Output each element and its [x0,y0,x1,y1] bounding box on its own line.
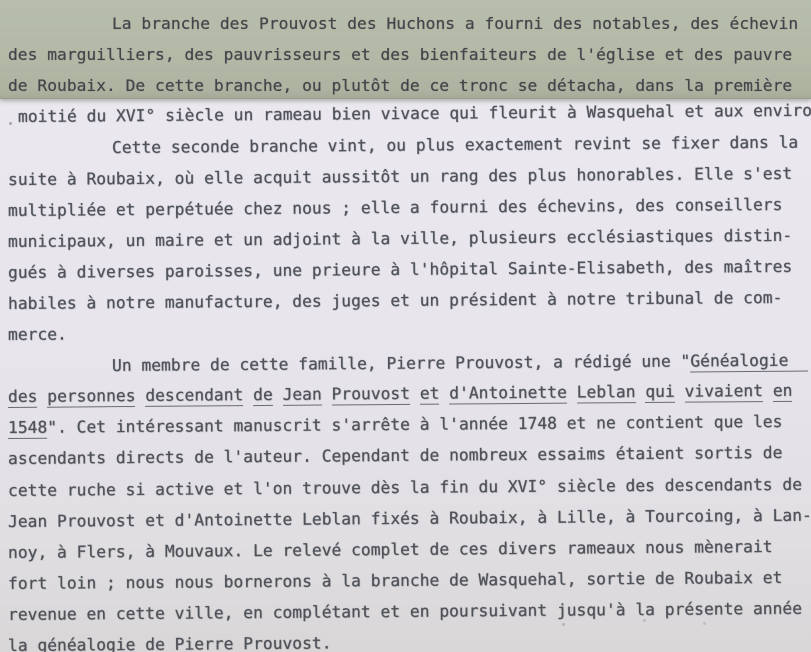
text-segment: Cette seconde branche vint, ou plus exac… [112,133,798,157]
text-segment [567,383,577,402]
text-segment: Jean Prouvost et d'Antoinette Leblan fix… [8,506,811,531]
underlined-text-segment: 1548 [8,418,47,439]
underlined-text-segment: Jean [282,385,321,406]
underlined-text-segment: qui [645,382,675,403]
scanned-document-page: La branche des Prouvost des Huchons a fo… [0,0,811,652]
text-segment: Un membre de cette famille, Pierre Prouv… [112,351,690,375]
scan-speck [703,622,706,625]
text-line: fort loin ; nous nous bornerons à la bra… [8,568,783,593]
text-segment [675,382,685,401]
text-line: suite à Roubaix, où elle acquit aussitôt… [8,164,792,189]
text-line: de Roubaix. De cette branche, ou plutôt … [8,76,792,95]
scan-speck [562,623,565,626]
text-segment: noy, à Flers, à Mouvaux. Le relevé compl… [8,537,773,562]
text-segment [322,384,332,403]
text-segment: habiles à notre manufacture, des juges e… [8,288,783,313]
underlined-text-segment: Prouvost [331,384,410,406]
text-segment: moitié du XVI° siècle un rameau bien viv… [18,101,811,126]
underlined-text-segment: et [420,384,440,405]
text-line: habiles à notre manufacture, des juges e… [8,288,783,313]
text-segment: suite à Roubaix, où elle acquit aussitôt… [8,164,792,189]
text-segment [763,381,773,400]
text-line: Un membre de cette famille, Pierre Prouv… [112,351,808,375]
text-line: La branche des Prouvost des Huchons a fo… [112,14,798,33]
typewritten-text: La branche des Prouvost des Huchons a fo… [0,0,811,652]
text-line: merce. [8,325,67,344]
text-segment [37,387,47,406]
text-line: des marguilliers, des pauvrisseurs et de… [8,45,792,64]
text-line: moitié du XVI° siècle un rameau bien viv… [18,101,811,126]
text-line: cette ruche si active et l'on trouve dès… [8,475,802,500]
text-segment: La branche des Prouvost des Huchons a fo… [112,14,798,33]
text-line: multipliée et perpétuée chez nous ; elle… [8,195,783,220]
text-line: des personnes descendant de Jean Prouvos… [8,381,793,406]
text-segment [439,384,449,403]
text-line: Cette seconde branche vint, ou plus exac… [112,133,798,157]
text-segment [135,386,145,405]
text-segment: la généalogie de Pierre Prouvost. [8,633,332,652]
text-segment: gués à diverses paroisses, une prieure à… [8,257,792,282]
text-segment [273,385,283,404]
text-segment: revenue en cette ville, en complétant et… [8,599,802,624]
underlined-text-segment: en [773,381,793,402]
underlined-text-segment: vivaient [684,381,763,403]
text-segment [635,382,645,401]
text-segment: merce. [8,325,67,344]
text-segment [243,385,253,404]
underlined-text-segment: descendant [145,385,243,407]
scan-speck [643,619,646,622]
text-segment: fort loin ; nous nous bornerons à la bra… [8,568,783,593]
text-segment: municipaux, un maire et un adjoint à la … [8,226,792,251]
underlined-text-segment: de [253,385,273,406]
text-line: la généalogie de Pierre Prouvost. [8,633,332,652]
text-line: municipaux, un maire et un adjoint à la … [8,226,792,251]
underlined-text-segment: personnes [47,386,135,408]
text-segment: cette ruche si active et l'on trouve dès… [8,475,802,500]
text-segment: multipliée et perpétuée chez nous ; elle… [8,195,783,220]
text-line: revenue en cette ville, en complétant et… [8,599,802,624]
underlined-text-segment [788,351,808,372]
text-segment [410,384,420,403]
underlined-text-segment: d'Antoinette [449,383,567,405]
text-line: gués à diverses paroisses, une prieure à… [8,257,792,282]
underlined-text-segment: Leblan [577,382,636,403]
text-segment: des marguilliers, des pauvrisseurs et de… [8,45,792,64]
text-segment: ". Cet intéressant manuscrit s'arrête à … [47,412,782,437]
scan-speck [9,122,12,125]
text-segment: ascendants directs de l'auteur. Cependan… [8,443,783,468]
underlined-text-segment: des [8,387,38,408]
text-segment: de Roubaix. De cette branche, ou plutôt … [8,76,792,95]
underlined-text-segment: Généalogie [690,351,788,373]
text-line: 1548". Cet intéressant manuscrit s'arrêt… [8,412,783,437]
text-line: Jean Prouvost et d'Antoinette Leblan fix… [8,506,811,531]
text-line: ascendants directs de l'auteur. Cependan… [8,443,783,468]
text-line: noy, à Flers, à Mouvaux. Le relevé compl… [8,537,773,562]
